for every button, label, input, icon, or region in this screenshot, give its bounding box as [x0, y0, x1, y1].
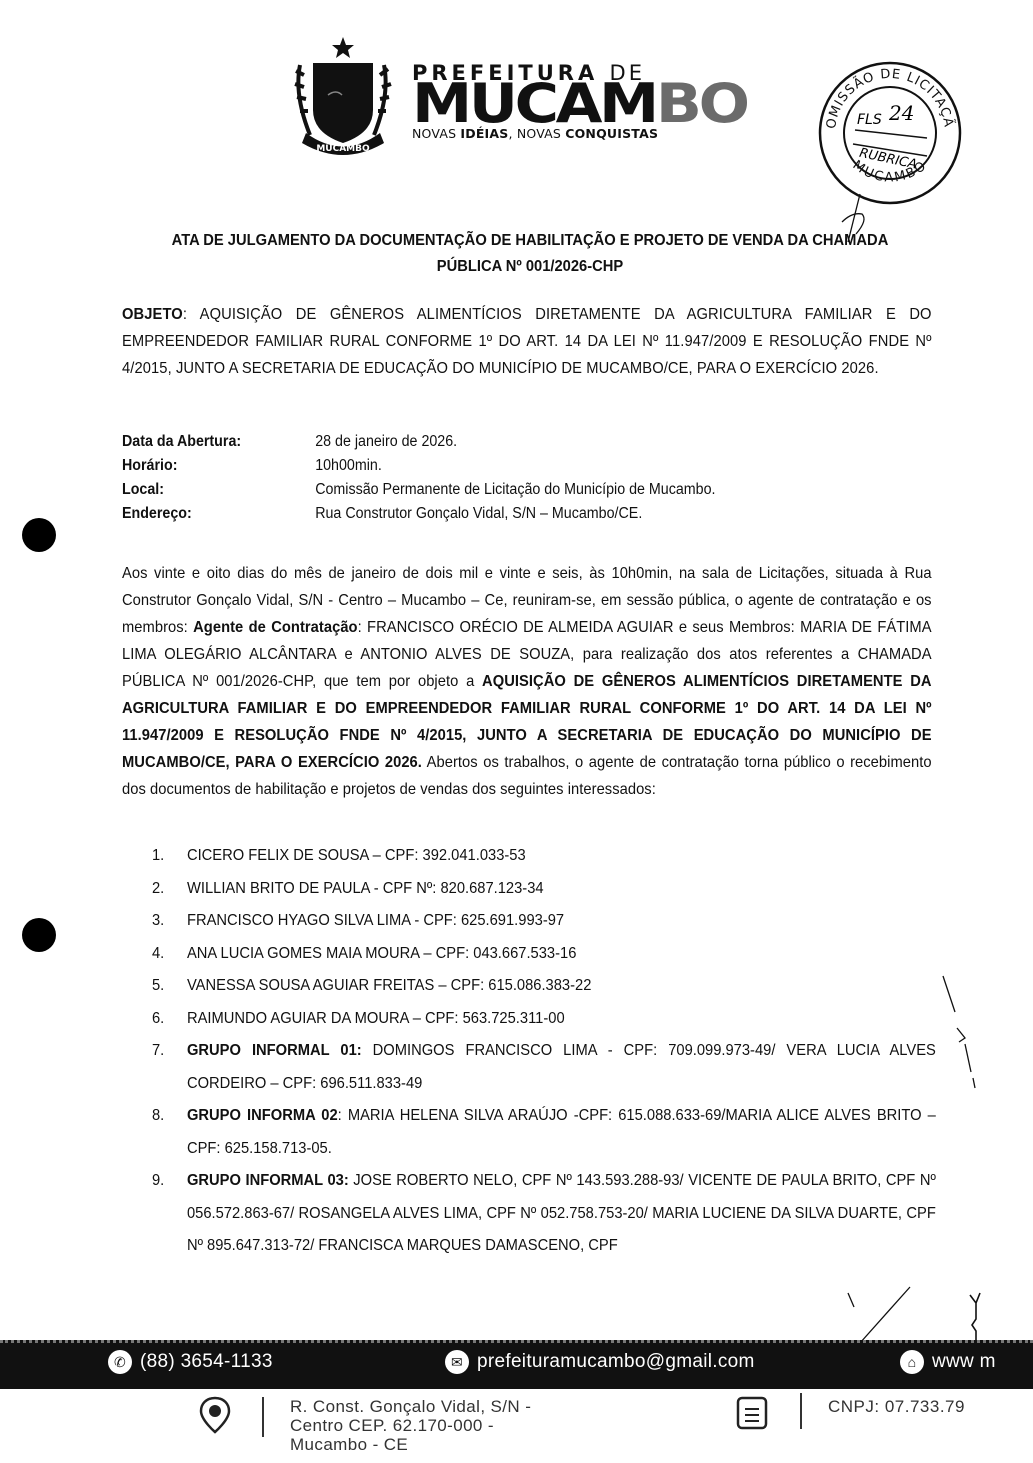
- title-line-2: PÚBLICA Nº 001/2026-CHP: [148, 254, 912, 280]
- participants-list: 1.CICERO FELIX DE SOUSA – CPF: 392.041.0…: [152, 840, 936, 1263]
- list-item: 1.CICERO FELIX DE SOUSA – CPF: 392.041.0…: [152, 840, 936, 873]
- objeto-paragraph: OBJETO: AQUISIÇÃO DE GÊNEROS ALIMENTÍCIO…: [122, 301, 932, 382]
- svg-text:FLS: FLS: [857, 112, 882, 128]
- list-item: 3.FRANCISCO HYAGO SILVA LIMA - CPF: 625.…: [152, 905, 936, 938]
- session-paragraph: Aos vinte e oito dias do mês de janeiro …: [122, 560, 932, 803]
- list-item: 2.WILLIAN BRITO DE PAULA - CPF Nº: 820.6…: [152, 873, 936, 906]
- svg-text:COMISSÃO DE LICITAÇÃO: COMISSÃO DE LICITAÇÃO: [815, 58, 957, 130]
- document-title: ATA DE JULGAMENTO DA DOCUMENTAÇÃO DE HAB…: [148, 228, 912, 280]
- footer-divider: [800, 1393, 802, 1429]
- footer-divider: [262, 1397, 264, 1437]
- footer-phone: ✆ (88) 3654-1133: [108, 1350, 273, 1374]
- info-row-date: Data da Abertura:28 de janeiro de 2026.: [122, 430, 821, 454]
- list-item: 4.ANA LUCIA GOMES MAIA MOURA – CPF: 043.…: [152, 938, 936, 971]
- brand-mucambo: MUCAMBO: [412, 82, 747, 126]
- svg-text:MUCAMBO: MUCAMBO: [316, 144, 370, 154]
- rubric-signatures: [840, 1285, 1030, 1345]
- title-line-1: ATA DE JULGAMENTO DA DOCUMENTAÇÃO DE HAB…: [148, 228, 912, 254]
- footer-email[interactable]: ✉ prefeituramucambo@gmail.com: [445, 1350, 755, 1374]
- list-item: 5.VANESSA SOUSA AGUIAR FREITAS – CPF: 61…: [152, 970, 936, 1003]
- list-item: 8.GRUPO INFORMA 02: MARIA HELENA SILVA A…: [152, 1100, 936, 1165]
- footer-address: R. Const. Gonçalo Vidal, S/N - Centro CE…: [290, 1397, 531, 1454]
- list-item: 9.GRUPO INFORMAL 03: JOSE ROBERTO NELO, …: [152, 1165, 936, 1263]
- email-icon: ✉: [445, 1350, 469, 1374]
- footer-website[interactable]: ⌂ www m: [900, 1350, 996, 1374]
- list-item: 6.RAIMUNDO AGUIAR DA MOURA – CPF: 563.72…: [152, 1003, 936, 1036]
- brand-logo: PREFEITURA DE MUCAMBO NOVAS IDÉIAS, NOVA…: [412, 62, 711, 142]
- commission-stamp: COMISSÃO DE LICITAÇÃO MUCAMBO FLS 24 RUB…: [815, 58, 965, 208]
- document-icon: [735, 1395, 769, 1431]
- phone-icon: ✆: [108, 1350, 132, 1374]
- info-row-time: Horário:10h00min.: [122, 454, 821, 478]
- margin-pen-mark: [935, 970, 995, 1100]
- session-info: Data da Abertura:28 de janeiro de 2026. …: [122, 430, 821, 526]
- municipal-crest-icon: MUCAMBO: [288, 35, 398, 155]
- home-icon: ⌂: [900, 1350, 924, 1374]
- punch-hole-top: [22, 518, 56, 552]
- location-pin-icon: [198, 1395, 232, 1435]
- info-row-address: Endereço:Rua Construtor Gonçalo Vidal, S…: [122, 502, 821, 526]
- list-item: 7.GRUPO INFORMAL 01: DOMINGOS FRANCISCO …: [152, 1035, 936, 1100]
- svg-text:24: 24: [888, 101, 914, 125]
- footer-cnpj: CNPJ: 07.733.79: [828, 1397, 965, 1417]
- punch-hole-bottom: [22, 918, 56, 952]
- info-row-place: Local:Comissão Permanente de Licitação d…: [122, 478, 821, 502]
